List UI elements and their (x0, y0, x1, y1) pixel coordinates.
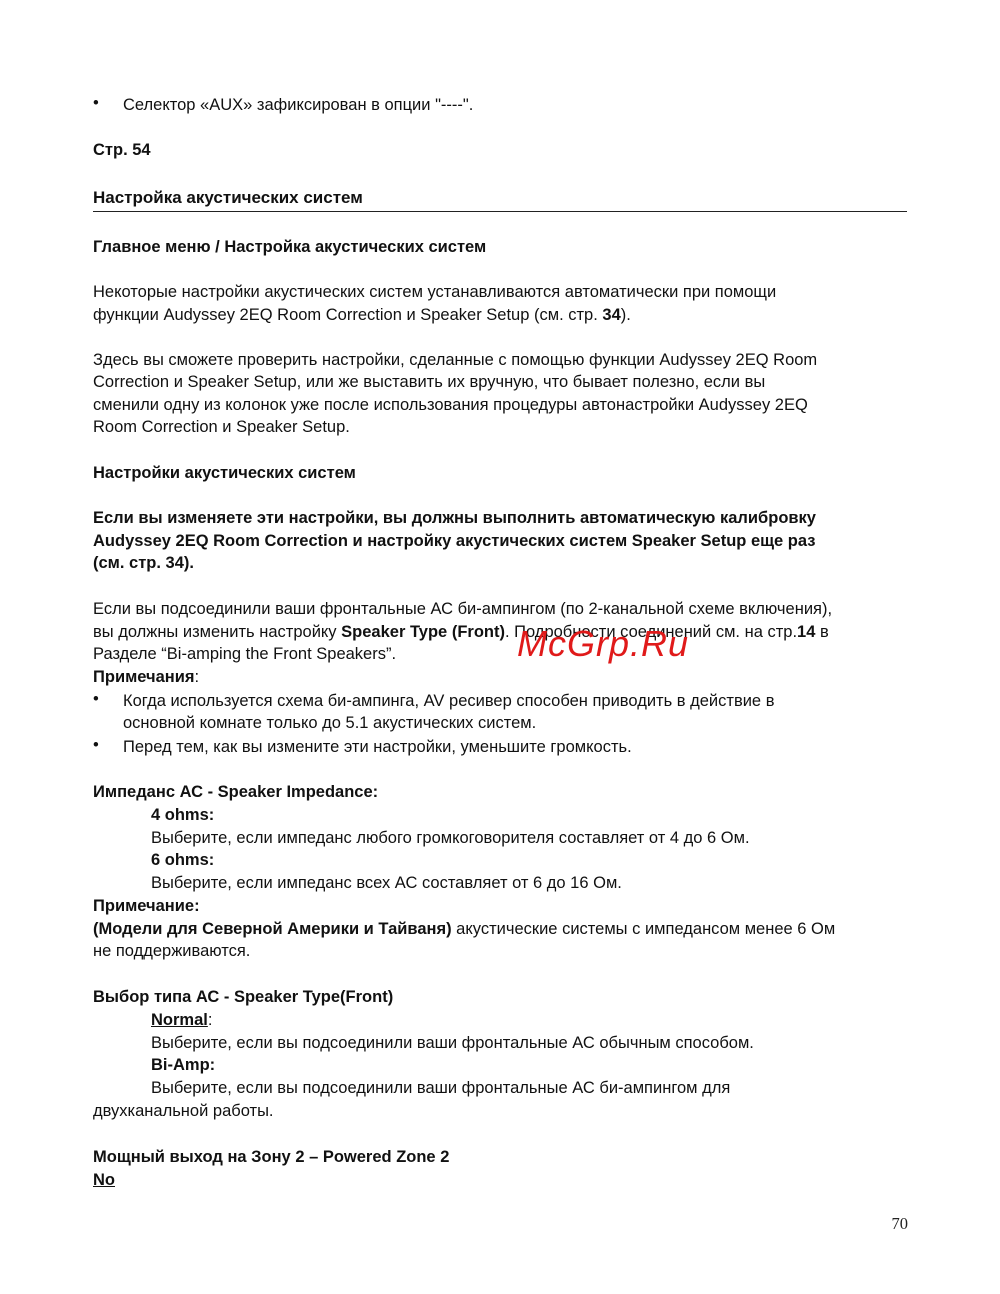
intro-paragraph-2-line: Room Correction и Speaker Setup. (93, 416, 350, 438)
impedance-heading: Импеданс АС - Speaker Impedance: (93, 781, 378, 803)
text-run: функции Audyssey 2EQ Room Correction и S… (93, 306, 602, 324)
intro-paragraph-2-line: Здесь вы сможете проверить настройки, сд… (93, 349, 817, 371)
impedance-option-4-ohms-desc: Выберите, если импеданс любого громкогов… (151, 827, 750, 849)
note-item: Перед тем, как вы измените эти настройки… (123, 736, 632, 758)
bullet-dot: • (93, 736, 99, 755)
text-run: : (195, 668, 200, 686)
bullet-dot: • (93, 690, 99, 709)
intro-paragraph-1-line-1: Некоторые настройки акустических систем … (93, 281, 776, 303)
text-run: в (815, 623, 828, 641)
note-item: основной комнате только до 5.1 акустичес… (123, 712, 536, 734)
zone2-value: No (93, 1169, 115, 1191)
speaker-type-option-biamp: Bi-Amp: (151, 1054, 215, 1076)
warning-line: Audyssey 2EQ Room Correction и настройку… (93, 530, 815, 552)
impedance-option-6-ohms-desc: Выберите, если импеданс всех АС составля… (151, 872, 622, 894)
text-run: вы должны изменить настройку (93, 623, 341, 641)
text-run: : (208, 1011, 213, 1029)
impedance-note-line-2: не поддерживаются. (93, 940, 250, 962)
impedance-note-line-1: (Модели для Северной Америки и Тайваня) … (93, 918, 835, 940)
text-run: акустические системы с импедансом менее … (452, 920, 836, 938)
biamp-paragraph-line-1: Если вы подсоединили ваши фронтальные АС… (93, 598, 832, 620)
biamp-paragraph-line-3: Разделе “Bi-amping the Front Speakers”. (93, 643, 396, 665)
intro-paragraph-1-line-2: функции Audyssey 2EQ Room Correction и S… (93, 304, 631, 326)
warning-line: (см. стр. 34). (93, 552, 194, 574)
impedance-option-6-ohms: 6 ohms: (151, 849, 214, 871)
section-title: Настройка акустических систем (93, 187, 363, 209)
section-divider (93, 211, 907, 212)
page-reference: Стр. 54 (93, 139, 151, 161)
page-number: 70 (892, 1214, 909, 1234)
speaker-type-heading: Выбор типа АС - Speaker Type(Front) (93, 986, 393, 1008)
impedance-option-4-ohms: 4 ohms: (151, 804, 214, 826)
notes-label: Примечания: (93, 666, 199, 688)
note-item: Когда используется схема би-ампинга, AV … (123, 690, 774, 712)
settings-heading: Настройки акустических систем (93, 462, 356, 484)
text-run: Normal (151, 1011, 208, 1029)
page-link-14: 14 (797, 623, 815, 641)
speaker-type-option-normal-desc: Выберите, если вы подсоединили ваши фрон… (151, 1032, 754, 1054)
biamp-paragraph-line-2: вы должны изменить настройку Speaker Typ… (93, 621, 829, 643)
watermark: McGrp.Ru (517, 626, 689, 662)
aux-selector-note: Селектор «AUX» зафиксирован в опции "---… (123, 94, 473, 116)
speaker-type-front-ref: Speaker Type (Front) (341, 623, 505, 641)
page-link-34: 34 (602, 306, 620, 324)
breadcrumb: Главное меню / Настройка акустических си… (93, 236, 486, 258)
intro-paragraph-2-line: Correction и Speaker Setup, или же выста… (93, 371, 765, 393)
speaker-type-option-biamp-desc: двухканальной работы. (93, 1100, 274, 1122)
speaker-type-option-normal: Normal: (151, 1009, 212, 1031)
intro-paragraph-2-line: сменили одну из колонок уже после исполь… (93, 394, 808, 416)
warning-line: Если вы изменяете эти настройки, вы долж… (93, 507, 816, 529)
text-run: Примечания (93, 668, 195, 686)
impedance-note-label: Примечание: (93, 895, 200, 917)
speaker-type-option-biamp-desc: Выберите, если вы подсоединили ваши фрон… (151, 1077, 730, 1099)
text-run: ). (621, 306, 631, 324)
text-run: (Модели для Северной Америки и Тайваня) (93, 920, 452, 938)
zone2-heading: Мощный выход на Зону 2 – Powered Zone 2 (93, 1146, 449, 1168)
bullet-dot: • (93, 94, 99, 113)
